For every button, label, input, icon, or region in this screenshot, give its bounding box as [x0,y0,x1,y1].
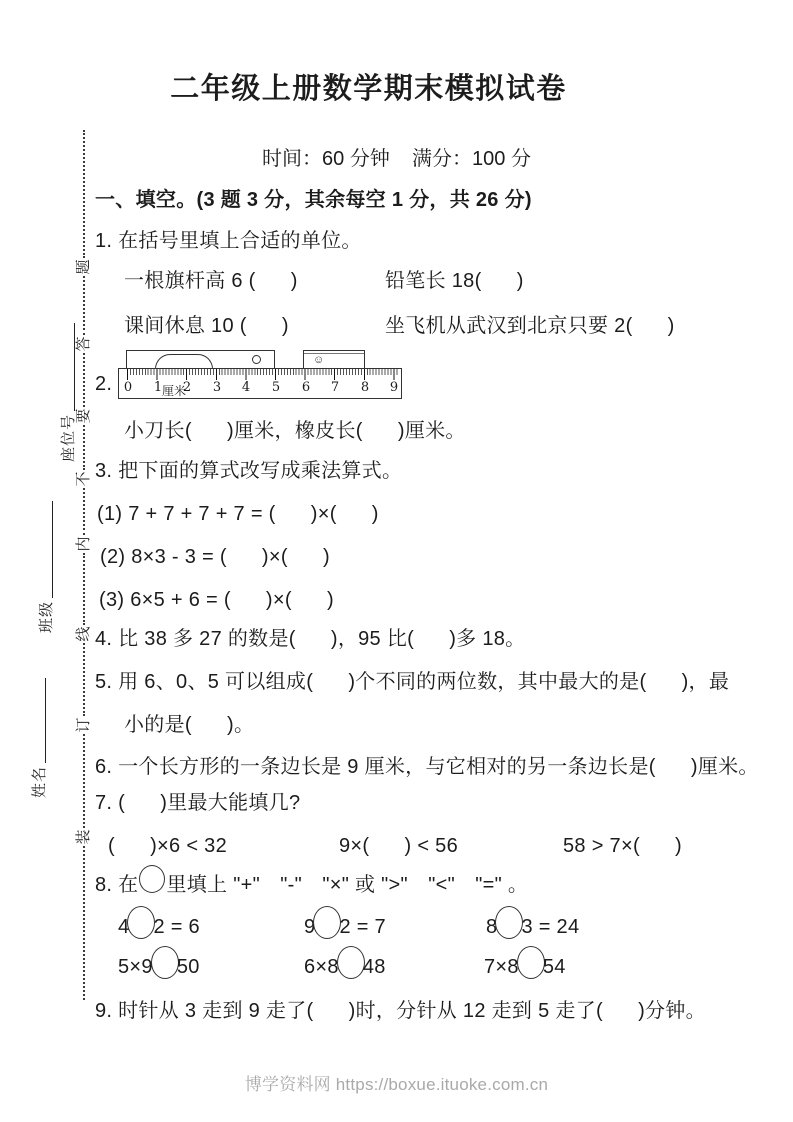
binding-char: 装 [74,828,94,846]
q8-comparison: 6×8 48 [304,948,386,979]
binding-char: 订 [74,716,94,734]
question-7: 7. ( )里最大能填几? [95,791,300,815]
q8-equation: 4 2 = 6 [118,908,200,939]
knife-blade-arc [155,354,213,369]
q1-blank-pencil: 铅笔长 18( ) [385,269,524,293]
binding-char: 不 [74,470,94,488]
q7-inequality-2: 9×( ) < 56 [339,834,458,858]
knife-illustration [126,350,275,369]
operator-circle [495,906,523,939]
q8-eq-left: 6×8 [304,956,339,979]
operator-circle [337,946,365,979]
dotted-leader [83,553,85,625]
question-2-number: 2. [95,372,112,396]
ruler-cm-ticks [127,369,398,380]
ruler-number: 1 [154,380,162,395]
question-5-line2: 小的是( )。 [124,713,254,737]
ruler-number: 8 [361,380,369,395]
ruler-number: 4 [242,380,250,395]
q8-eq-left: 7×8 [484,956,519,979]
seat-number-blank-line [74,323,75,411]
q8-eq-right: 50 [177,956,200,979]
class-blank-line [52,501,53,598]
ruler-number: 3 [213,380,221,395]
q7-inequality-1: ( )×6 < 32 [108,834,227,858]
q3-item-1: (1) 7 + 7 + 7 + 7 = ( )×( ) [97,502,379,526]
exam-meta: 时间：60 分钟 满分：100 分 [0,142,793,171]
q8-eq-right: 54 [543,956,566,979]
q3-item-3: (3) 6×5 + 6 = ( )×( ) [99,588,334,612]
operator-circle [151,946,179,979]
name-label: 姓名 [30,766,49,798]
q8-comparison: 7×8 54 [484,948,566,979]
seat-number-label: 座位号 [59,414,78,462]
q8-comparison: 5×9 50 [118,948,200,979]
section-1-heading: 一、填空。(3 题 3 分，其余每空 1 分，共 26 分) [95,188,532,212]
q8-eq-right: 3 = 24 [521,916,579,939]
class-label: 班级 [37,601,56,633]
dotted-leader [83,353,85,407]
eraser-illustration: ☺ [303,350,365,369]
question-5-line1: 5. 用 6、0、5 可以组成( )个不同的两位数，其中最大的是( )，最 [95,670,729,694]
q8-eq-right: 2 = 7 [339,916,386,939]
ruler-number: 2 [183,380,191,395]
operator-circle [127,906,155,939]
question-4: 4. 比 38 多 27 的数是( )，95 比( )多 18。 [95,627,525,651]
ruler-number: 7 [331,380,339,395]
ruler-number: 6 [302,380,310,395]
ruler-number: 0 [124,380,132,395]
dotted-leader [83,276,85,335]
binding-line: 装 订 线 内 不 要 答 题 [74,130,94,1000]
q8-suffix: 里填上 "+" "-" "×" 或 ">" "<" "=" 。 [166,868,528,897]
watermark-footer: 博学资料网 https://boxue.ituoke.com.cn [0,1070,793,1095]
q3-item-2: (2) 8×3 - 3 = ( )×( ) [100,545,330,569]
class-field: 班级 [36,500,56,633]
question-8: 8. 在 里填上 "+" "-" "×" 或 ">" "<" "=" 。 [95,866,528,898]
binding-char: 线 [74,625,94,643]
dotted-leader [83,643,85,716]
q8-equation: 9 2 = 7 [304,908,386,939]
question-2-text: 小刀长( )厘米，橡皮长( )厘米。 [124,419,466,443]
name-field: 姓名 [29,677,49,798]
dotted-leader [83,488,85,535]
question-1: 1. 在括号里填上合适的单位。 [95,229,362,253]
dotted-leader [83,846,85,1000]
question-3: 3. 把下面的算式改写成乘法算式。 [95,459,402,483]
dotted-leader [83,734,85,828]
q1-blank-flight: 坐飞机从武汉到北京只要 2( ) [385,314,675,338]
question-6: 6. 一个长方形的一条边长是 9 厘米，与它相对的另一条边长是( )厘米。 [95,755,759,779]
q1-blank-flagpole: 一根旗杆高 6 ( ) [124,269,298,293]
question-9: 9. 时针从 3 走到 9 走了( )时，分针从 12 走到 5 走了( )分钟… [95,999,706,1023]
seat-number-field: 座位号 [58,322,78,462]
operator-circle [517,946,545,979]
q7-inequality-3: 58 > 7×( ) [563,834,682,858]
operator-circle [139,865,165,893]
q8-eq-right: 48 [363,956,386,979]
operator-circle [313,906,341,939]
q8-eq-right: 2 = 6 [153,916,200,939]
knife-rivet-hole [252,355,261,364]
q8-eq-left: 5×9 [118,956,153,979]
name-blank-line [45,678,46,763]
dotted-leader [83,425,85,470]
page-title: 二年级上册数学期末模拟试卷 [0,66,737,107]
binding-char: 题 [74,258,94,276]
exam-paper-page: 装 订 线 内 不 要 答 题 座位号 班级 姓名 二年级上册数学期末模拟试卷 … [0,0,793,1122]
q8-prefix: 8. 在 [95,868,138,897]
q8-equation: 8 3 = 24 [486,908,579,939]
kitty-icon: ☺ [313,353,324,367]
q1-blank-break: 课间休息 10 ( ) [124,314,289,338]
ruler-number: 5 [272,380,280,395]
binding-char: 内 [74,535,94,553]
ruler-illustration: 0 1 厘米 2 3 4 5 6 7 8 9 [118,368,402,399]
ruler-number: 9 [390,380,398,395]
